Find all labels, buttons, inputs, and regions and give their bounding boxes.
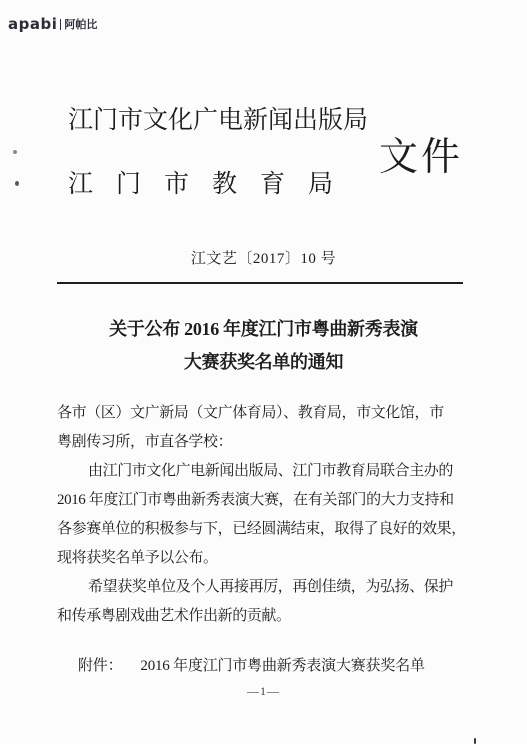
apabi-logo-latin: apabi bbox=[8, 17, 57, 32]
attachment-line: 附件：2016 年度江门市粤曲新秀表演大赛获奖名单 bbox=[57, 654, 492, 675]
document-body: 各市（区）文广新局（文广体育局）、教育局，市文化馆，市 粤剧传习所，市直各学校：… bbox=[57, 399, 471, 631]
scan-artifact-speck bbox=[474, 738, 476, 744]
body-line-para3-2: 和传承粤剧戏曲艺术作出新的贡献。 bbox=[57, 602, 471, 631]
body-line-para2-3: 各参赛单位的积极参与下，已经圆满结束，取得了良好的效果， bbox=[57, 515, 471, 544]
logo-divider bbox=[60, 19, 61, 30]
attachment-title: 2016 年度江门市粤曲新秀表演大赛获奖名单 bbox=[140, 658, 424, 674]
document-title-line2: 大赛获奖名单的通知 bbox=[0, 346, 527, 379]
document-reference-number: 江文艺〔2017〕10 号 bbox=[0, 247, 527, 268]
body-line-recipients-2: 粤剧传习所，市直各学校： bbox=[57, 428, 471, 457]
letterhead-agency-culture-bureau: 江门市文化广电新闻出版局 bbox=[68, 100, 368, 136]
attachment-label: 附件： bbox=[78, 658, 122, 674]
apabi-logo: apabi 阿帕比 bbox=[8, 17, 97, 32]
apabi-logo-cjk: 阿帕比 bbox=[64, 19, 97, 30]
body-line-para3-1: 希望获奖单位及个人再接再厉，再创佳绩，为弘扬、保护 bbox=[57, 573, 471, 602]
letterhead-separator-rule bbox=[57, 282, 463, 284]
body-line-para2-1: 由江门市文化广电新闻出版局、江门市教育局联合主办的 bbox=[57, 457, 471, 486]
scan-artifact-speck bbox=[13, 150, 17, 154]
document-title-line1: 关于公布 2016 年度江门市粤曲新秀表演 bbox=[0, 313, 527, 346]
body-line-para2-4: 现将获奖名单予以公布。 bbox=[57, 544, 471, 573]
scan-artifact-speck bbox=[15, 181, 19, 186]
letterhead-agency-education-bureau: 江门市教育局 bbox=[68, 164, 356, 200]
letterhead-document-label: 文件 bbox=[379, 126, 463, 182]
scanned-document-page: apabi 阿帕比 江门市文化广电新闻出版局 江门市教育局 文件 江文艺〔201… bbox=[0, 0, 527, 744]
document-title: 关于公布 2016 年度江门市粤曲新秀表演 大赛获奖名单的通知 bbox=[0, 313, 527, 379]
page-number: —1— bbox=[0, 684, 527, 699]
body-line-para2-2: 2016 年度江门市粤曲新秀表演大赛，在有关部门的大力支持和 bbox=[57, 486, 471, 515]
body-line-recipients-1: 各市（区）文广新局（文广体育局）、教育局，市文化馆，市 bbox=[57, 399, 471, 428]
